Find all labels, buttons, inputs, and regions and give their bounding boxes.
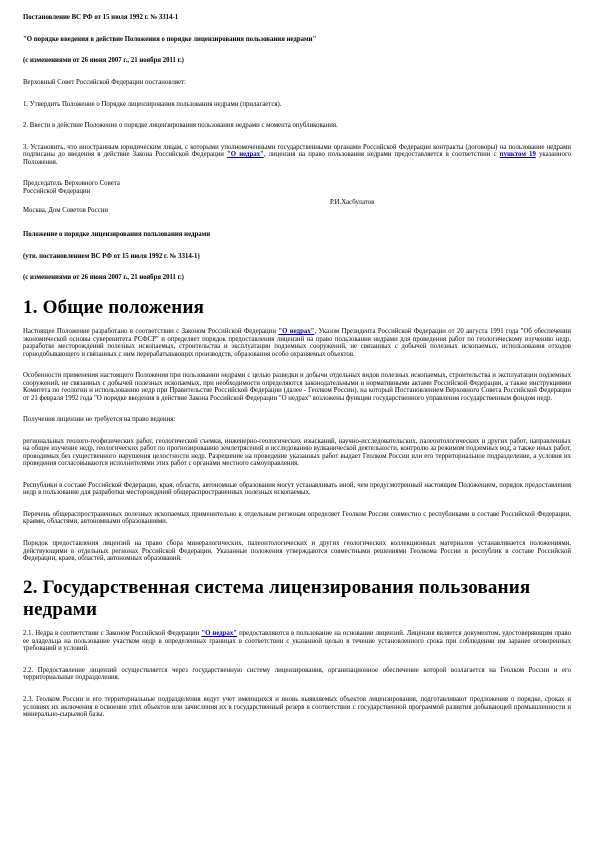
section1-paragraph-6: Перечень общераспространенных полезных и… — [23, 511, 571, 526]
signature-place: Москва, Дом Советов России — [23, 207, 108, 214]
section1-paragraph-4: региональных геолого-геофизических работ… — [23, 438, 571, 468]
link-o-nedrah-2[interactable]: "О недрах" — [278, 328, 314, 335]
resolution-preamble: Верховный Совет Российской Федерации пос… — [23, 79, 571, 86]
resolution-item-3: 3. Установить, что иностранным юридическ… — [23, 144, 571, 166]
s1p1-text-1: Настоящее Положение разработано в соотве… — [23, 328, 278, 335]
regulation-approved: (утв. постановлением ВС РФ от 15 июля 19… — [23, 253, 571, 260]
section1-paragraph-5: Республики в составе Российской Федераци… — [23, 482, 571, 497]
regulation-amendments: (с изменениями от 26 июня 2007 г., 21 но… — [23, 274, 571, 281]
resolution-item-1: 1. Утвердить Положение о Порядке лицензи… — [23, 101, 571, 108]
section-1-heading: 1. Общие положения — [23, 297, 571, 319]
signature-name: Р.И.Хасбулатов — [330, 199, 374, 206]
resolution-item-2: 2. Ввести в действие Положение о порядке… — [23, 122, 571, 129]
resolution-title: Постановление ВС РФ от 15 июля 1992 г. №… — [23, 14, 571, 21]
section1-paragraph-2: Особенности применения настоящего Положе… — [23, 372, 571, 402]
link-o-nedrah-3[interactable]: "О недрах" — [201, 630, 237, 637]
section2-paragraph-2: 2.2. Предоставление лицензий осуществляе… — [23, 667, 571, 682]
signature-position-line-2: Российской Федерации — [23, 188, 571, 195]
item3-text-2: , лицензия на право пользования недрами … — [264, 151, 500, 158]
s2p1-text-1: 2.1. Недра в соответствии с Законом Росс… — [23, 630, 201, 637]
section2-paragraph-3: 2.3. Геолком России и его территориальны… — [23, 696, 571, 718]
signature-place-row: Москва, Дом Советов России Р.И.Хасбулато… — [23, 199, 571, 217]
section2-paragraph-1: 2.1. Недра в соответствии с Законом Росс… — [23, 630, 571, 652]
signature-block: Председатель Верховного Совета Российско… — [23, 180, 571, 216]
section1-paragraph-3: Получения лицензии не требуется на право… — [23, 416, 571, 423]
document-page: Постановление ВС РФ от 15 июля 1992 г. №… — [0, 0, 595, 842]
section1-paragraph-7: Порядок предоставления лицензий на право… — [23, 540, 571, 562]
regulation-title: Положение о порядке лицензирования польз… — [23, 231, 571, 238]
signature-position-line-1: Председатель Верховного Совета — [23, 180, 571, 187]
resolution-amendments: (с изменениями от 26 июня 2007 г., 21 но… — [23, 57, 571, 64]
section-2-heading: 2. Государственная система лицензировани… — [23, 577, 571, 620]
resolution-subtitle: "О порядке введения в действие Положения… — [23, 36, 571, 43]
section1-paragraph-1: Настоящее Положение разработано в соотве… — [23, 328, 571, 358]
link-o-nedrah[interactable]: "О недрах" — [227, 151, 264, 158]
link-punkt-19[interactable]: пунктом 19 — [500, 151, 536, 158]
